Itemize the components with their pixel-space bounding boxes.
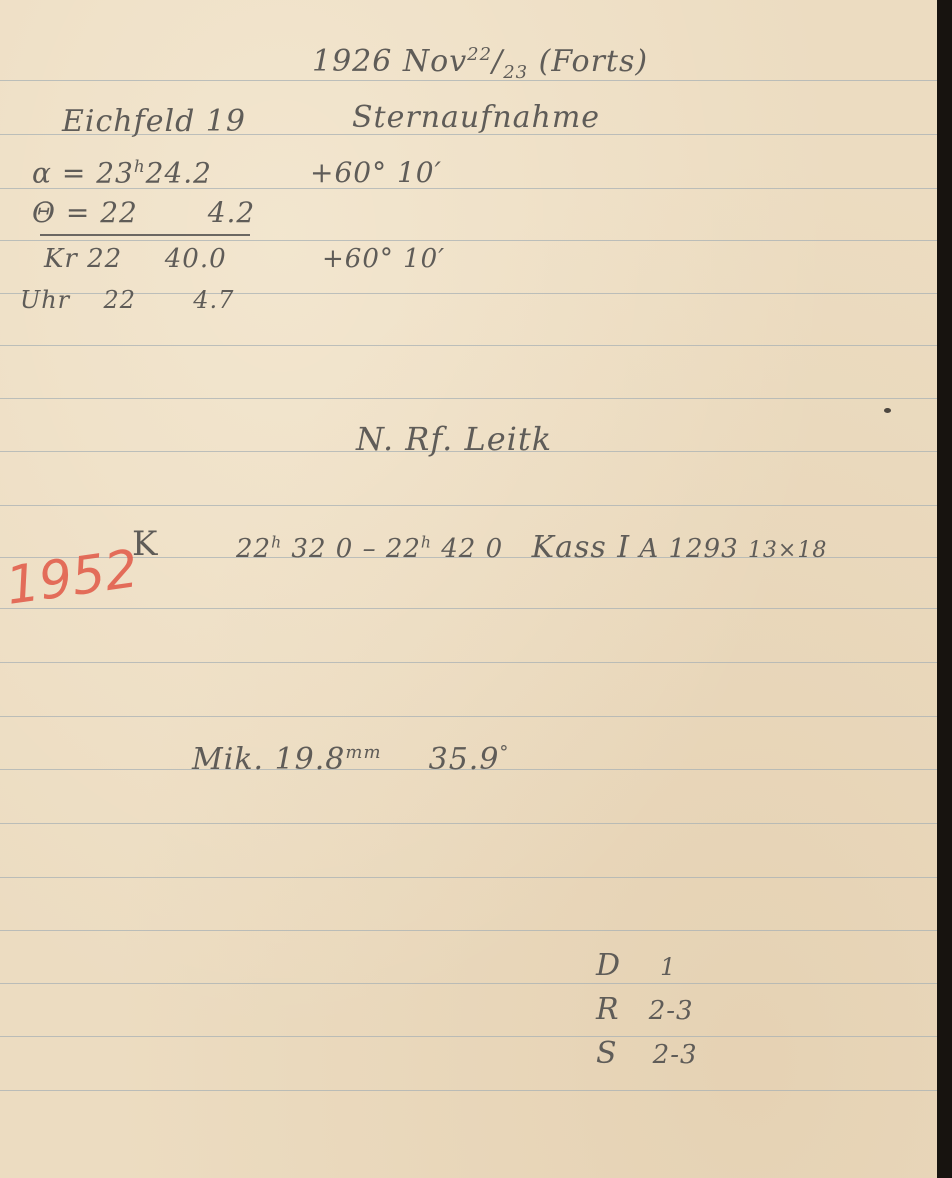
exposure-end-hours: 22 (386, 534, 421, 564)
cassette: Kass I (532, 530, 630, 565)
quality-value: 2-3 (649, 996, 694, 1026)
ruled-line (0, 398, 937, 399)
ink-spot (884, 408, 891, 413)
ruled-line (0, 505, 937, 506)
header-subtitle: Sternaufnahme (352, 100, 600, 135)
kr-row: Kr 22 40.0 (44, 244, 227, 274)
kr-declination: +60° 10′ (322, 244, 445, 274)
field-name: Eichfeld 19 (62, 104, 246, 139)
uhr-minutes: 4.7 (193, 286, 234, 314)
kr-hours: 22 (87, 244, 122, 274)
exposure-label: K (132, 524, 158, 564)
ruled-line (0, 240, 937, 241)
alpha-minutes: 24.2 (146, 156, 212, 189)
quality-list: D 1 R 2-3 S 2-3 (596, 948, 698, 1080)
plate-size: 13×18 (748, 538, 827, 563)
ruled-line (0, 877, 937, 878)
plate-number: A 1293 (639, 534, 738, 564)
temperature-unit: ° (499, 742, 509, 763)
date-year: 1926 (312, 44, 392, 79)
micrometer-row: Mik. 19.8mm 35.9° (192, 742, 509, 777)
theta-hours: 22 (100, 196, 138, 229)
quality-symbol: R (596, 992, 620, 1027)
quality-item: R 2-3 (596, 992, 698, 1036)
alpha-hour-unit: h (134, 156, 146, 176)
kr-label: Kr (44, 244, 78, 274)
date-day-top: 22 (467, 44, 492, 65)
micrometer-label: Mik. (192, 742, 264, 777)
micrometer-unit: mm (345, 742, 381, 763)
theta-minutes: 4.2 (208, 196, 256, 229)
ruled-line (0, 662, 937, 663)
exposure-dash: – (363, 534, 377, 564)
header-date: 1926 Nov22/23 (Forts) (312, 44, 648, 83)
exposure-start-minutes: 32 0 (291, 534, 353, 564)
ruled-line (0, 823, 937, 824)
uhr-row: Uhr 22 4.7 (20, 286, 234, 314)
ruled-line (0, 608, 937, 609)
quality-symbol: D (596, 948, 621, 983)
notebook-page: 1926 Nov22/23 (Forts) Sternaufnahme Eich… (0, 0, 937, 1178)
ruled-line (0, 1036, 937, 1037)
temperature-value: 35.9 (429, 742, 500, 777)
alpha-label: α (32, 156, 52, 189)
alpha-hours: 23 (96, 156, 134, 189)
quality-item: S 2-3 (596, 1036, 698, 1080)
quality-value: 1 (660, 953, 676, 981)
alpha-row: α = 23h24.2 (32, 156, 212, 189)
page-edge-shadow (937, 0, 952, 1178)
exposure-end-minutes: 42 0 (441, 534, 503, 564)
ruled-line (0, 1090, 937, 1091)
ruled-line (0, 983, 937, 984)
exposure-end-unit: h (421, 533, 432, 551)
section-title: N. Rf. Leitk (356, 420, 552, 458)
date-month: Nov (403, 44, 467, 79)
exposure-row: 22h 32 0 – 22h 42 0 Kass I A 1293 13×18 (236, 530, 827, 565)
theta-row: Θ = 22 4.2 (32, 196, 255, 229)
alpha-declination: +60° 10′ (310, 156, 442, 189)
date-day-bottom: 23 (503, 62, 528, 83)
red-pencil-annotation: 1952 (2, 539, 141, 617)
quality-item: D 1 (596, 948, 698, 992)
subtraction-line (40, 234, 250, 236)
ruled-line (0, 716, 937, 717)
kr-minutes: 40.0 (165, 244, 227, 274)
ruled-line (0, 345, 937, 346)
exposure-start-hours: 22 (236, 534, 271, 564)
theta-label: Θ (32, 196, 56, 229)
date-place: (Forts) (539, 44, 648, 79)
uhr-hours: 22 (103, 286, 136, 314)
quality-symbol: S (596, 1036, 618, 1071)
micrometer-value: 19.8 (275, 742, 346, 777)
exposure-start-unit: h (271, 533, 282, 551)
ruled-line (0, 930, 937, 931)
quality-value: 2-3 (653, 1040, 698, 1070)
uhr-label: Uhr (20, 286, 70, 314)
